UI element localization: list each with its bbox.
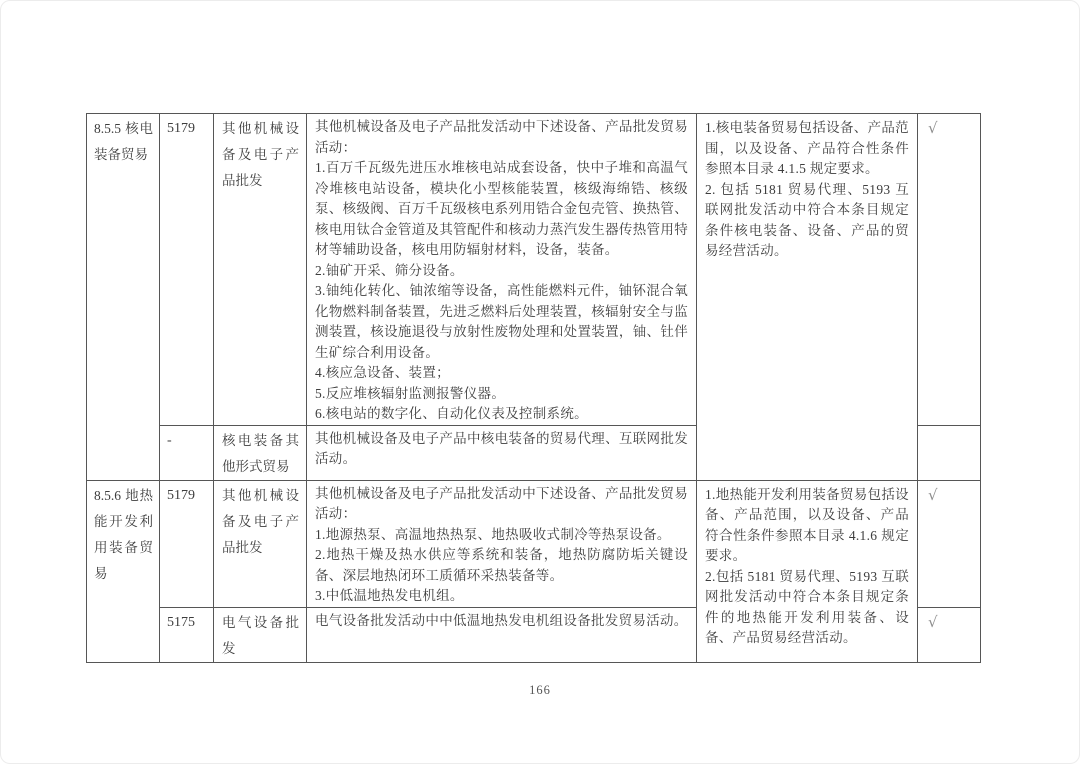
description-cell: 其他机械设备及电子产品批发活动中下述设备、产品批发贸易活动： 1.百万千瓦级先进… — [307, 114, 697, 426]
category-cell: 电气设备批发 — [214, 607, 307, 662]
category-cell: 核电装备其他形式贸易 — [214, 425, 307, 480]
checkmark-cell: √ — [918, 480, 981, 607]
notes-cell: 1.核电装备贸易包括设备、产品范围，以及设备、产品符合性条件参照本目录 4.1.… — [697, 114, 918, 481]
item-cell-8-5-5: 8.5.5 核电装备贸易 — [87, 114, 160, 481]
checkmark-cell-empty — [918, 425, 981, 480]
description-cell: 其他机械设备及电子产品批发活动中下述设备、产品批发贸易活动： 1.地源热泵、高温… — [307, 480, 697, 607]
code-cell: - — [160, 425, 214, 480]
code-cell: 5175 — [160, 607, 214, 662]
description-cell: 其他机械设备及电子产品中核电装备的贸易代理、互联网批发活动。 — [307, 425, 697, 480]
notes-cell: 1.地热能开发利用装备贸易包括设备、产品范围，以及设备、产品符合性条件参照本目录… — [697, 480, 918, 662]
table-row: 8.5.6 地热能开发利用装备贸易 5179 其他机械设备及电子产品批发 其他机… — [87, 480, 981, 607]
table-row: 8.5.5 核电装备贸易 5179 其他机械设备及电子产品批发 其他机械设备及电… — [87, 114, 981, 426]
code-cell: 5179 — [160, 114, 214, 426]
checkmark-cell: √ — [918, 607, 981, 662]
category-cell: 其他机械设备及电子产品批发 — [214, 480, 307, 607]
checkmark-cell: √ — [918, 114, 981, 426]
document-page: 8.5.5 核电装备贸易 5179 其他机械设备及电子产品批发 其他机械设备及电… — [0, 0, 1080, 764]
page-number: 166 — [1, 683, 1079, 698]
item-cell-8-5-6: 8.5.6 地热能开发利用装备贸易 — [87, 480, 160, 662]
code-cell: 5179 — [160, 480, 214, 607]
category-cell: 其他机械设备及电子产品批发 — [214, 114, 307, 426]
trade-catalog-table: 8.5.5 核电装备贸易 5179 其他机械设备及电子产品批发 其他机械设备及电… — [86, 113, 981, 663]
description-cell: 电气设备批发活动中中低温地热发电机组设备批发贸易活动。 — [307, 607, 697, 662]
